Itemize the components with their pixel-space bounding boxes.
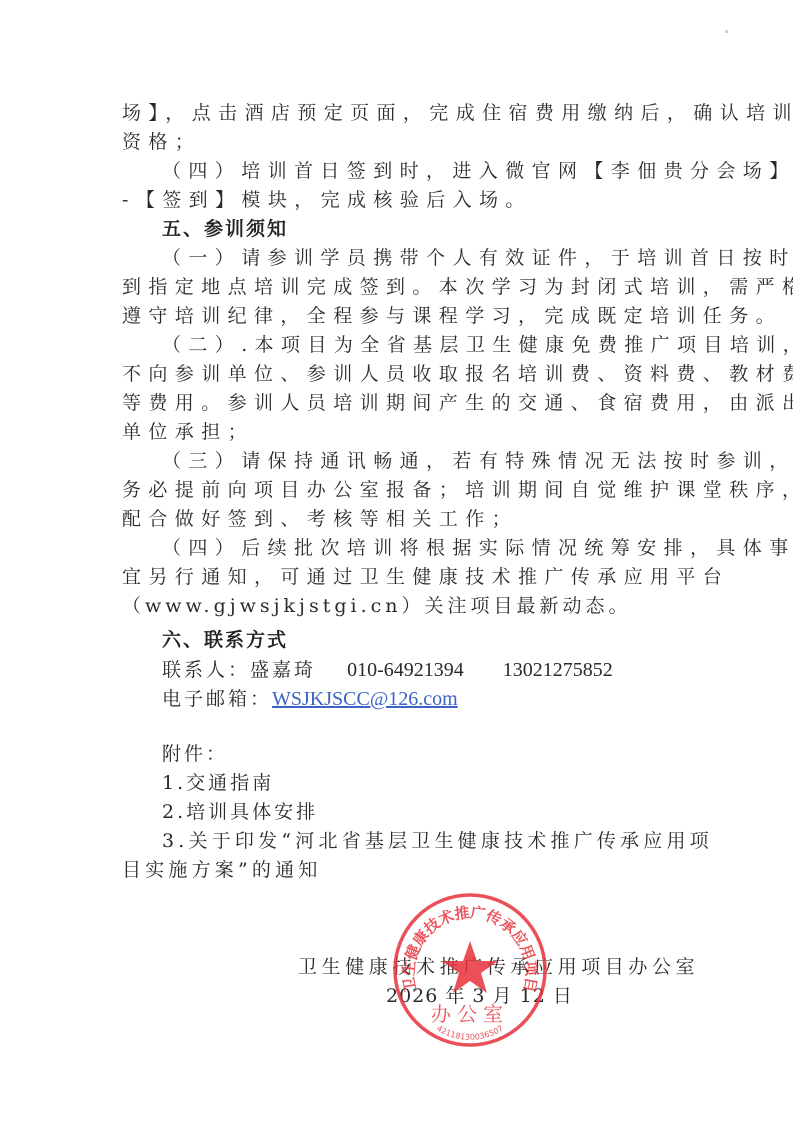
phone-landline: 010-64921394 [347, 659, 464, 681]
attachment-item-continued: 目实施方案”的通知 [122, 858, 322, 882]
text-line: 务必提前向项目办公室报备；培训期间自觉维护课堂秩序， [122, 478, 793, 502]
scan-speck [725, 30, 728, 33]
attachment-item: 1.交通指南 [162, 771, 274, 795]
attachment-item: 3.关于印发“河北省基层卫生健康技术推广传承应用项 [162, 829, 713, 853]
section-heading-contact: 六、联系方式 [162, 628, 288, 652]
text-line: （二）.本项目为全省基层卫生健康免费推广项目培训， [162, 333, 793, 357]
text-line: 等费用。参训人员培训期间产生的交通、食宿费用，由派出 [122, 391, 793, 415]
official-seal-icon: 卫生健康技术推广传承应用项目 办公室 42118130036507 [391, 891, 549, 1049]
text-line: 到指定地点培训完成签到。本次学习为封闭式培训，需严格 [122, 275, 793, 299]
email-row: 电子邮箱：WSJKJSCC@126.com [162, 687, 458, 711]
contact-person: 联系人：盛嘉琦 [162, 659, 316, 681]
text-line: 单位承担； [122, 420, 254, 444]
email-label: 电子邮箱： [162, 688, 272, 710]
text-line: （三）请保持通讯畅通，若有特殊情况无法按时参训， [162, 449, 793, 473]
text-line: 宜另行通知，可通过卫生健康技术推广传承应用平台 [122, 565, 729, 589]
phone-mobile: 13021275852 [503, 659, 613, 681]
text-line: 资格； [122, 130, 201, 154]
email-link[interactable]: WSJKJSCC@126.com [272, 688, 458, 710]
text-line: （一）请参训学员携带个人有效证件，于培训首日按时 [162, 246, 793, 270]
text-line: （四）培训首日签到时，进入微官网【李佃贵分会场】 [162, 159, 793, 183]
text-line: 场】，点击酒店预定页面，完成住宿费用缴纳后，确认培训 [122, 101, 793, 125]
text-line: -【签到】模块，完成核验后入场。 [122, 188, 532, 212]
text-line: 遵守培训纪律，全程参与课程学习，完成既定培训任务。 [122, 304, 782, 328]
text-line: （四）后续批次培训将根据实际情况统筹安排，具体事 [162, 536, 793, 560]
svg-text:办公室: 办公室 [431, 1002, 509, 1026]
text-line: 不向参训单位、参训人员收取报名培训费、资料费、教材费 [122, 362, 793, 386]
section-heading-notice: 五、参训须知 [162, 217, 288, 241]
text-line: 配合做好签到、考核等相关工作； [122, 507, 518, 531]
contact-row: 联系人：盛嘉琦 010-64921394 13021275852 [162, 658, 613, 682]
attachment-item: 2.培训具体安排 [162, 800, 318, 824]
text-line: （www.gjwsjkjstgi.cn）关注项目最新动态。 [122, 594, 631, 618]
attachments-label: 附件： [162, 742, 228, 766]
